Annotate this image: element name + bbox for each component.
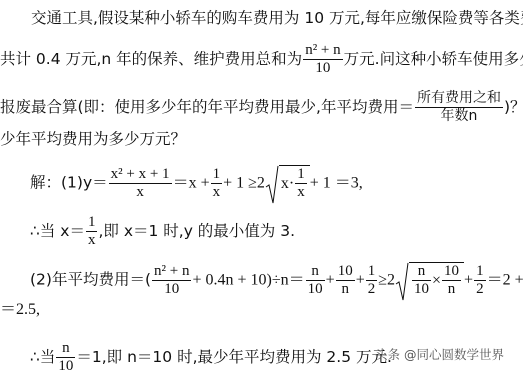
text: + 0.4n + 10)÷n＝ [192,272,304,289]
text: ＝1,即 n＝10 时,最少年平均费用为 2.5 万元. [76,348,392,366]
text: )？最 [504,98,523,116]
text: x· [281,175,294,192]
text: 万元.问这种小轿车使用多少年 [344,50,523,68]
denominator: 10 [412,281,431,298]
solution-part-2-continuation: ＝2.5, [0,300,40,320]
fraction: 1x [86,214,98,249]
numerator: 1 [474,263,486,281]
fraction: 10n [336,263,355,298]
problem-line-1: 交通工具,假设某种小轿车的购车费用为 10 万元,每年应缴保险费等各类费用 [31,8,523,28]
text: + [326,272,335,289]
problem-line-2: 共计 0.4 万元,n 年的保养、维护费用总和为n² + n10万元.问这种小轿… [0,42,523,77]
numerator: 1 [86,214,98,232]
fraction: n10 [56,340,75,374]
fraction: 10n [442,263,461,298]
denominator: n [336,281,355,298]
solution-conclusion-2: ∴当n10＝1,即 n＝10 时,最少年平均费用为 2.5 万元. [30,340,392,374]
fraction: n² + n10 [152,263,191,298]
text: + [356,272,365,289]
text: ＝2 + 0.5 [487,272,523,289]
square-root: x·1x [265,165,310,201]
denominator: 2 [474,281,486,298]
denominator: 年数n [415,108,503,125]
denominator: 10 [152,281,191,298]
fraction-maintenance: n² + n10 [303,42,342,77]
numerator: 1 [366,263,378,281]
text: ∴当 x＝ [30,222,85,240]
text: + 1 ＝3, [310,175,363,192]
problem-line-3: 报废最合算(即：使用多少年的年平均费用最少,年平均费用＝所有费用之和年数n)？最 [0,90,523,125]
numerator: x² + x + 1 [109,166,172,184]
numerator: 所有费用之和 [415,90,503,108]
text: ＝x + [173,175,210,192]
fraction: 12 [474,263,486,298]
text: ,即 x＝1 时,y 的最小值为 3. [98,222,295,240]
radical-icon [395,262,409,302]
solution-part-2: (2)年平均费用＝(n² + n10+ 0.4n + 10)÷n＝n10+10n… [30,262,523,298]
fraction: 1x [295,166,307,201]
numerator: 1 [211,166,223,184]
denominator: x [86,232,98,249]
text: + 1 ≥2 [223,175,265,192]
numerator: n [306,263,325,281]
denominator: 10 [303,60,342,77]
text: ≥2 [378,272,395,289]
numerator: n [412,263,431,281]
denominator: x [295,184,307,201]
solution-conclusion-1: ∴当 x＝1x,即 x＝1 时,y 的最小值为 3. [30,214,295,249]
fraction: 1x [211,166,223,201]
denominator: n [442,281,461,298]
text: × [432,272,441,289]
denominator: 10 [306,281,325,298]
text: ∴当 [30,348,55,366]
fraction: n10 [306,263,325,298]
denominator: x [109,184,172,201]
numerator: 10 [442,263,461,281]
text: 共计 0.4 万元,n 年的保养、维护费用总和为 [0,50,302,68]
fraction-average-cost: 所有费用之和年数n [415,90,503,125]
denominator: 10 [56,358,75,374]
fraction: 12 [366,263,378,298]
solution-part-1: 解：(1)y＝x² + x + 1x＝x +1x+ 1 ≥2x·1x+ 1 ＝3… [30,165,363,201]
text: (2)年平均费用＝( [30,271,151,289]
fraction: x² + x + 1x [109,166,172,201]
text: + [464,272,473,289]
fraction: n10 [412,263,431,298]
denominator: 2 [366,281,378,298]
numerator: n² + n [303,42,342,60]
numerator: 10 [336,263,355,281]
numerator: n² + n [152,263,191,281]
numerator: n [56,340,75,358]
text: 报废最合算(即：使用多少年的年平均费用最少,年平均费用＝ [0,98,414,116]
denominator: x [211,184,223,201]
square-root: n10×10n [395,262,464,298]
numerator: 1 [295,166,307,184]
radical-icon [265,165,279,205]
problem-line-4: 少年平均费用为多少万元？ [0,129,186,149]
watermark: 头条 @同心圆数学世界 [375,345,504,363]
text: 解：(1)y＝ [30,174,108,192]
